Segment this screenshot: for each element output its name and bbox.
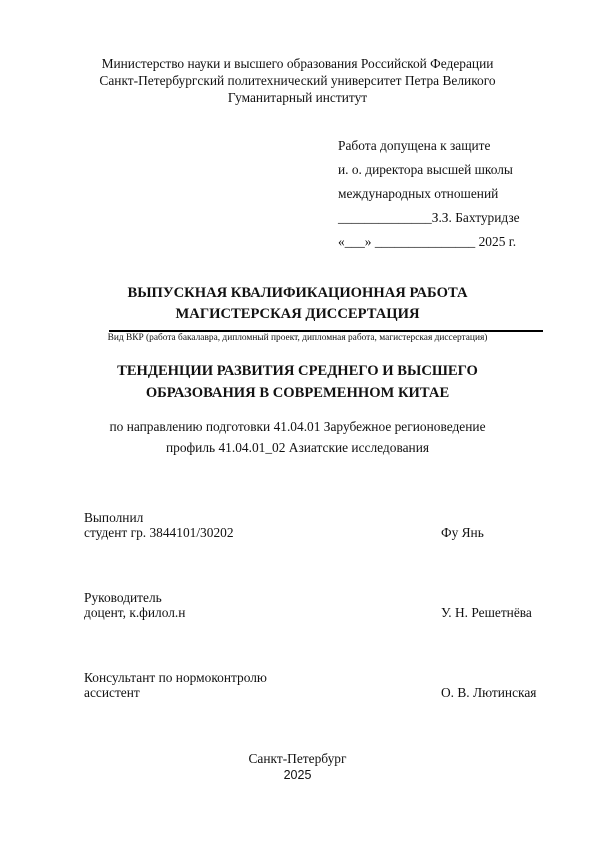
- student-group: студент гр. 3844101/30202: [84, 525, 234, 540]
- approval-date-line: «___» _______________ 2025 г.: [338, 234, 516, 250]
- thesis-title-line-2: ОБРАЗОВАНИЯ В СОВРЕМЕННОМ КИТАЕ: [0, 384, 595, 402]
- study-direction: по направлению подготовки 41.04.01 Заруб…: [0, 419, 595, 435]
- approval-line-1: Работа допущена к защите: [338, 138, 490, 154]
- signature-name: У. Н. Решетнёва: [441, 605, 532, 621]
- signature-role: Руководитель: [84, 590, 162, 606]
- signature-position: студент гр. 3844101/30202: [84, 525, 234, 541]
- work-type-title: ВЫПУСКНАЯ КВАЛИФИКАЦИОННАЯ РАБОТА: [0, 284, 595, 302]
- signature-position: ассистент: [84, 685, 140, 701]
- divider-rule: [109, 330, 543, 332]
- work-type-hint: Вид ВКР (работа бакалавра, дипломный про…: [0, 333, 595, 344]
- signature-role: Выполнил: [84, 510, 143, 526]
- footer-year: 2025: [0, 767, 595, 783]
- thesis-title-line-1: ТЕНДЕНЦИИ РАЗВИТИЯ СРЕДНЕГО И ВЫСШЕГО: [0, 362, 595, 380]
- signature-name: О. В. Лютинская: [441, 685, 536, 701]
- work-type-subtitle: МАГИСТЕРСКАЯ ДИССЕРТАЦИЯ: [0, 305, 595, 323]
- signature-role: Консультант по нормоконтролю: [84, 670, 267, 686]
- footer-city: Санкт-Петербург: [0, 751, 595, 767]
- approval-line-3: международных отношений: [338, 186, 498, 202]
- ministry-name: Министерство науки и высшего образования…: [0, 56, 595, 72]
- institute-name: Гуманитарный институт: [0, 90, 595, 106]
- signature-name: Фу Янь: [441, 525, 484, 541]
- signature-position: доцент, к.филол.н: [84, 605, 185, 621]
- approval-line-2: и. о. директора высшей школы: [338, 162, 513, 178]
- approval-signature-line: ______________З.З. Бахтуридзе: [338, 210, 520, 226]
- study-profile: профиль 41.04.01_02 Азиатские исследован…: [0, 440, 595, 456]
- university-name: Санкт-Петербургский политехнический унив…: [0, 73, 595, 89]
